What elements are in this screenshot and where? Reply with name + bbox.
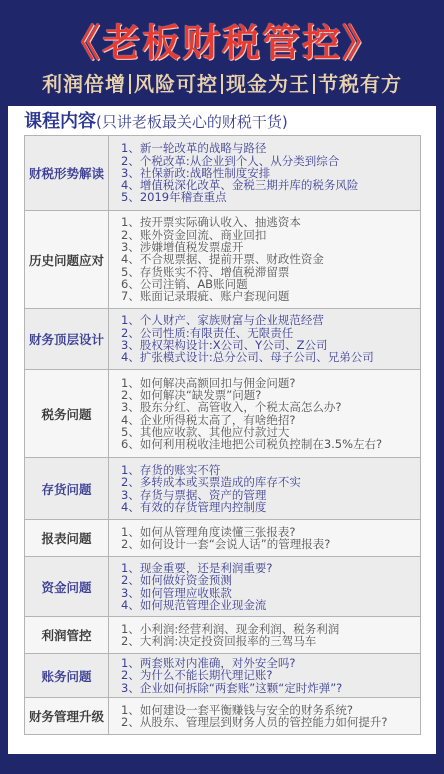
list-item: 3、股东分红、高管收入，个税太高怎么办? [121, 401, 416, 413]
table-row: 报表问题1、如何从管理角度读懂三张报表?2、如何设计一套“会说人话”的管理报表? [25, 520, 421, 557]
table-row: 税务问题1、如何解决高额回扣与佣金问题?2、如何解决“缺发票”问题?3、股东分红… [25, 370, 421, 458]
subtitle-part: 利润倍增 [42, 72, 126, 96]
table-row: 账务问题1、两套账对内准确，对外安全吗?2、为什么不能长期代理记账?3、企业如何… [25, 654, 421, 698]
subtitle-part: 风险可控 [134, 72, 218, 96]
table-row: 财务管理升级1、如何建设一套平衡赚钱与安全的财务系统?2、从股东、管理层到财务人… [25, 698, 421, 735]
list-item: 5、2019年稽查重点 [121, 191, 416, 203]
list-item: 3、如何管理应收账款 [121, 587, 416, 599]
topic-cell: 报表问题 [25, 520, 109, 557]
table-row: 财税形势解读1、新一轮改革的战略与路径2、个税改革:从企业到个人、从分类到综合3… [25, 136, 421, 211]
list-item: 7、账面记录瑕疵、账户套现问题 [121, 290, 416, 302]
page-title: 《老板财税管控》 [0, 20, 444, 66]
table-row: 资金问题1、现金重要，还是利润重要?2、如何做好资金预测3、如何管理应收账款4、… [25, 557, 421, 617]
topic-cell: 财税形势解读 [25, 136, 109, 211]
topic-cell: 存货问题 [25, 458, 109, 520]
list-item: 3、企业如何拆除“两套账”这颗“定时炸弹”? [121, 682, 416, 694]
items-cell: 1、两套账对内准确，对外安全吗?2、为什么不能长期代理记账?3、企业如何拆除“两… [109, 654, 421, 698]
table-row: 历史问题应对1、按开票实际确认收入、抽逃资本2、账外资金回流、商业回扣3、涉嫌增… [25, 211, 421, 309]
list-item: 4、有效的存货管理内控制度 [121, 501, 416, 513]
list-item: 1、按开票实际确认收入、抽逃资本 [121, 216, 416, 228]
list-item: 2、多转成本或买票造成的库存不实 [121, 476, 416, 488]
items-cell: 1、如何解决高额回扣与佣金问题?2、如何解决“缺发票”问题?3、股东分红、高管收… [109, 370, 421, 458]
list-item: 4、如何规范管理企业现金流 [121, 599, 416, 611]
divider [129, 74, 131, 94]
topic-cell: 资金问题 [25, 557, 109, 617]
list-item: 1、个人财产、家族财富与企业规范经营 [121, 314, 416, 326]
table-row: 存货问题1、存货的账实不符2、多转成本或买票造成的库存不实3、存货与票据、资产的… [25, 458, 421, 520]
items-cell: 1、小利润:经营利润、现金利润、税务利润2、大利润:决定投资回报率的三驾马车 [109, 617, 421, 654]
list-item: 2、为什么不能长期代理记账? [121, 669, 416, 681]
divider [313, 74, 315, 94]
list-item: 2、个税改革:从企业到个人、从分类到综合 [121, 155, 416, 167]
items-cell: 1、如何从管理角度读懂三张报表?2、如何设计一套“会说人话”的管理报表? [109, 520, 421, 557]
items-cell: 1、新一轮改革的战略与路径2、个税改革:从企业到个人、从分类到综合3、社保新政:… [109, 136, 421, 211]
section-note: (只讲老板最关心的财税干货) [96, 113, 288, 131]
subtitle: 利润倍增风险可控现金为王节税有方 [0, 71, 444, 97]
header: 《老板财税管控》 利润倍增风险可控现金为王节税有方 [0, 0, 444, 100]
items-cell: 1、如何建设一套平衡赚钱与安全的财务系统?2、从股东、管理层到财务人员的管控能力… [109, 698, 421, 735]
list-item: 3、存货与票据、资产的管理 [121, 489, 416, 501]
list-item: 1、新一轮改革的战略与路径 [121, 142, 416, 154]
table-row: 财务顶层设计1、个人财产、家族财富与企业规范经营2、公司性质:有限责任、无限责任… [25, 309, 421, 370]
subtitle-part: 节税有方 [318, 72, 402, 96]
section-title: 课程内容 [24, 111, 96, 132]
items-cell: 1、存货的账实不符2、多转成本或买票造成的库存不实3、存货与票据、资产的管理4、… [109, 458, 421, 520]
topic-cell: 税务问题 [25, 370, 109, 458]
list-item: 2、大利润:决定投资回报率的三驾马车 [121, 635, 416, 647]
topic-cell: 利润管控 [25, 617, 109, 654]
course-table: 财税形势解读1、新一轮改革的战略与路径2、个税改革:从企业到个人、从分类到综合3… [24, 135, 421, 735]
list-item: 2、如何做好资金预测 [121, 574, 416, 586]
divider [221, 74, 223, 94]
list-item: 4、不合规票据、提前开票、财政性资金 [121, 253, 416, 265]
topic-cell: 财务顶层设计 [25, 309, 109, 370]
items-cell: 1、个人财产、家族财富与企业规范经营2、公司性质:有限责任、无限责任3、股权架构… [109, 309, 421, 370]
list-item: 2、从股东、管理层到财务人员的管控能力如何提升? [121, 716, 416, 728]
list-item: 4、扩张模式设计:总分公司、母子公司、兄弟公司 [121, 351, 416, 363]
list-item: 2、如何设计一套“会说人话”的管理报表? [121, 538, 416, 550]
list-item: 6、如何利用税收洼地把公司税负控制在3.5%左右? [121, 438, 416, 450]
table-row: 利润管控1、小利润:经营利润、现金利润、税务利润2、大利润:决定投资回报率的三驾… [25, 617, 421, 654]
content-panel: 课程内容(只讲老板最关心的财税干货) 财税形势解读1、新一轮改革的战略与路径2、… [8, 106, 436, 754]
subtitle-part: 现金为王 [226, 72, 310, 96]
items-cell: 1、现金重要，还是利润重要?2、如何做好资金预测3、如何管理应收账款4、如何规范… [109, 557, 421, 617]
topic-cell: 财务管理升级 [25, 698, 109, 735]
list-item: 4、企业所得税太高了，有啥绝招? [121, 414, 416, 426]
section-heading: 课程内容(只讲老板最关心的财税干货) [24, 109, 288, 135]
topic-cell: 历史问题应对 [25, 211, 109, 309]
topic-cell: 账务问题 [25, 654, 109, 698]
items-cell: 1、按开票实际确认收入、抽逃资本2、账外资金回流、商业回扣3、涉嫌增值税发票虚开… [109, 211, 421, 309]
